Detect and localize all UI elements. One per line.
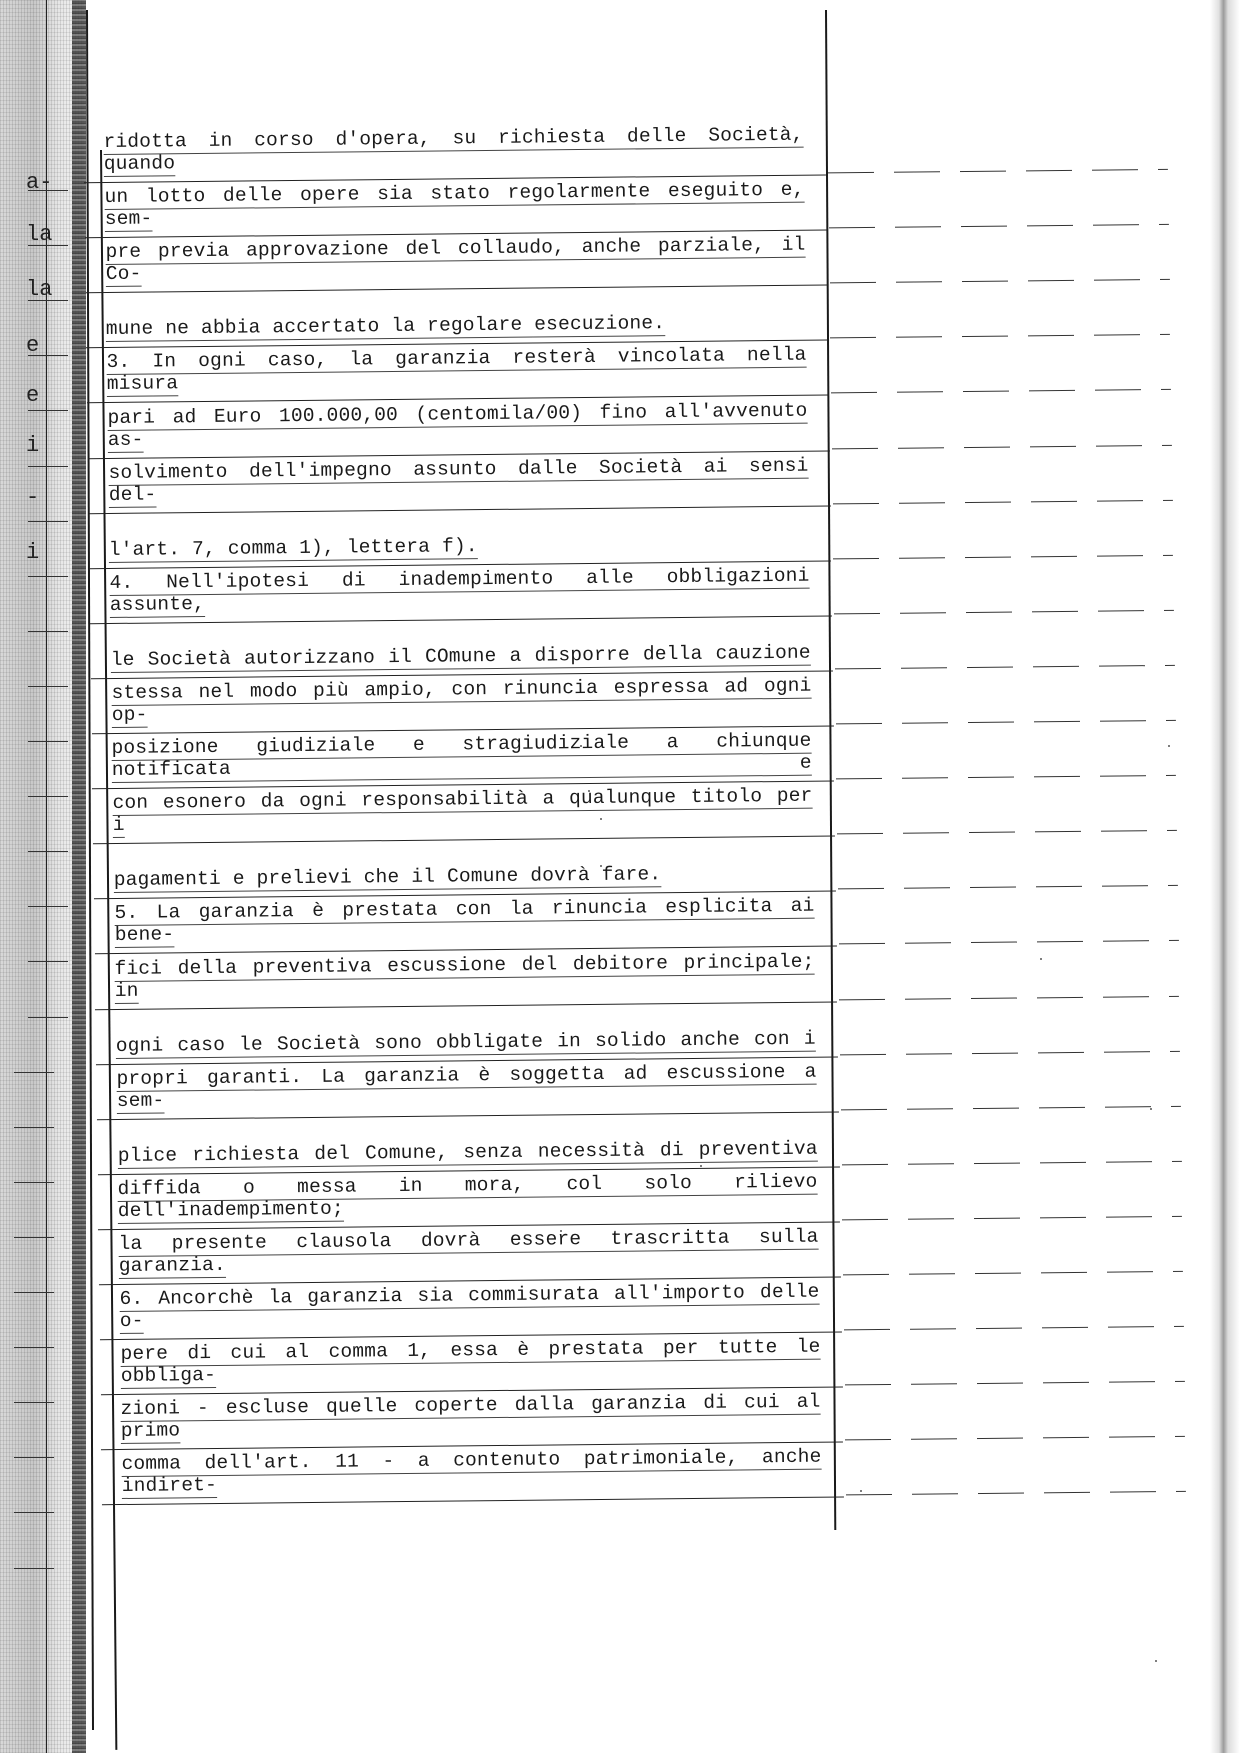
filler-dashes <box>841 1106 1181 1111</box>
filler-dashes <box>834 610 1174 615</box>
filler-dashes <box>828 169 1168 174</box>
filler-dashes <box>829 279 1169 284</box>
filler-dashes <box>836 775 1176 780</box>
filler-dashes <box>839 995 1179 1000</box>
document-line: solvimento dell'impegno assunto dalle So… <box>108 468 828 516</box>
ruled-line <box>97 1111 839 1120</box>
scan-speck <box>1040 958 1042 960</box>
ruled-line <box>85 285 827 294</box>
line-text: 3. In ogni caso, la garanzia resterà vin… <box>106 344 806 395</box>
filler-dashes <box>842 1216 1182 1221</box>
line-text: zioni - escluse quelle coperte dalla gar… <box>121 1391 821 1442</box>
document-line: stessa nel modo più ampio, con rinuncia … <box>111 688 831 736</box>
document-line: pagamenti e prelievi che il Comune dovrà… <box>113 854 833 902</box>
ruled-line <box>102 1497 844 1506</box>
filler-dashes <box>835 665 1175 670</box>
document-line: un lotto delle opere sia stato regolarme… <box>104 193 824 241</box>
line-text: pre previa approvazione del collaudo, an… <box>105 234 805 285</box>
document-line: con esonero da ogni responsabilità a qua… <box>113 799 833 847</box>
document-line: pari ad Euro 100.000,00 (centomila/00) f… <box>107 413 827 461</box>
line-text: pagamenti e prelievi che il Comune dovrà… <box>113 864 661 892</box>
filler-dashes <box>832 499 1172 504</box>
ruled-line <box>93 836 835 845</box>
scan-speck <box>700 1165 702 1167</box>
filler-dashes <box>831 389 1171 394</box>
document-line: comma dell'art. 11 - a contenuto patrimo… <box>122 1460 842 1508</box>
line-text: pari ad Euro 100.000,00 (centomila/00) f… <box>107 399 807 450</box>
line-text: 4. Nell'ipotesi di inadempimento alle ob… <box>109 564 809 615</box>
document-line: la presente clausola dovrà essere trascr… <box>119 1239 839 1287</box>
filler-dashes <box>846 1491 1186 1496</box>
filler-dashes <box>830 334 1170 339</box>
filler-dashes <box>844 1381 1184 1386</box>
filler-dashes <box>832 444 1172 449</box>
filler-dashes <box>845 1436 1185 1441</box>
filler-dashes <box>829 224 1169 229</box>
line-text: mune ne abbia accertato la regolare esec… <box>106 312 666 340</box>
scan-speck <box>600 865 602 867</box>
filler-dashes <box>835 720 1175 725</box>
document-line: zioni - escluse quelle coperte dalla gar… <box>121 1405 841 1453</box>
line-text: stessa nel modo più ampio, con rinuncia … <box>111 675 811 726</box>
line-text: comma dell'art. 11 - a contenuto patrimo… <box>121 1446 821 1497</box>
ruled-line <box>88 505 830 514</box>
line-text: posizione giudiziale e stragiudiziale a … <box>112 730 812 781</box>
filler-dashes <box>841 1161 1181 1166</box>
document-line: diffida o messa in mora, col solo riliev… <box>118 1184 838 1232</box>
scan-speck <box>860 1490 862 1492</box>
line-text: propri garanti. La garanzia è soggetta a… <box>116 1060 816 1111</box>
ruled-line <box>90 615 832 624</box>
document-line: pere di cui al comma 1, essa è prestata … <box>120 1350 840 1398</box>
line-text: solvimento dell'impegno assunto dalle So… <box>108 454 808 505</box>
filler-dashes <box>837 830 1177 835</box>
document-line: propri garanti. La garanzia è soggetta a… <box>116 1074 836 1122</box>
line-text: con esonero da ogni responsabilità a qua… <box>112 785 812 836</box>
line-text: 6. Ancorchè la garanzia sia commisurata … <box>119 1281 819 1332</box>
scan-speck <box>1155 1660 1157 1662</box>
document-line: mune ne abbia accertato la regolare esec… <box>106 303 826 351</box>
filler-dashes <box>840 1050 1180 1055</box>
document-line: le Società autorizzano il COmune a dispo… <box>110 633 830 681</box>
document-line: ridotta in corso d'opera, su richiesta d… <box>104 137 824 185</box>
line-text: plice richiesta del Comune, senza necess… <box>117 1137 817 1166</box>
document-line: 3. In ogni caso, la garanzia resterà vin… <box>107 358 827 406</box>
line-text: la presente clausola dovrà essere trascr… <box>118 1226 818 1277</box>
scan-speck <box>600 818 602 820</box>
line-text: 5. La garanzia è prestata con la rinunci… <box>114 895 814 946</box>
line-text: fici della preventiva escussione del deb… <box>115 950 815 1001</box>
scan-speck <box>560 1230 562 1232</box>
document-line: l'art. 7, comma 1), lettera f). <box>109 523 829 571</box>
document-line: posizione giudiziale e stragiudiziale a … <box>112 744 832 792</box>
line-text: pere di cui al comma 1, essa è prestata … <box>120 1336 820 1387</box>
filler-dashes <box>838 885 1178 890</box>
document-line: 6. Ancorchè la garanzia sia commisurata … <box>119 1295 839 1343</box>
document-line: plice richiesta del Comune, senza necess… <box>117 1129 837 1177</box>
filler-dashes <box>844 1326 1184 1331</box>
line-text: le Società autorizzano il COmune a dispo… <box>110 642 810 671</box>
scan-speck <box>580 745 582 747</box>
document-body: ridotta in corso d'opera, su richiesta d… <box>0 0 1240 1753</box>
document-line: 4. Nell'ipotesi di inadempimento alle ob… <box>110 578 830 626</box>
document-line: ogni caso le Società sono obbligate in s… <box>116 1019 836 1067</box>
ruled-line <box>95 1001 837 1010</box>
scan-speck <box>588 790 590 792</box>
document-line: 5. La garanzia è prestata con la rinunci… <box>114 909 834 957</box>
document-line: fici della preventiva escussione del deb… <box>115 964 835 1012</box>
scan-speck <box>1150 1108 1152 1110</box>
scan-speck <box>1168 745 1170 747</box>
filler-dashes <box>843 1271 1183 1276</box>
line-text: ridotta in corso d'opera, su richiesta d… <box>103 124 803 175</box>
line-text: un lotto delle opere sia stato regolarme… <box>104 179 804 230</box>
filler-dashes <box>838 940 1178 945</box>
line-text: diffida o messa in mora, col solo riliev… <box>118 1171 818 1222</box>
line-text: ogni caso le Società sono obbligate in s… <box>116 1027 816 1056</box>
filler-dashes <box>833 555 1173 560</box>
line-text: l'art. 7, comma 1), lettera f). <box>109 535 478 561</box>
document-line: pre previa approvazione del collaudo, an… <box>105 248 825 296</box>
